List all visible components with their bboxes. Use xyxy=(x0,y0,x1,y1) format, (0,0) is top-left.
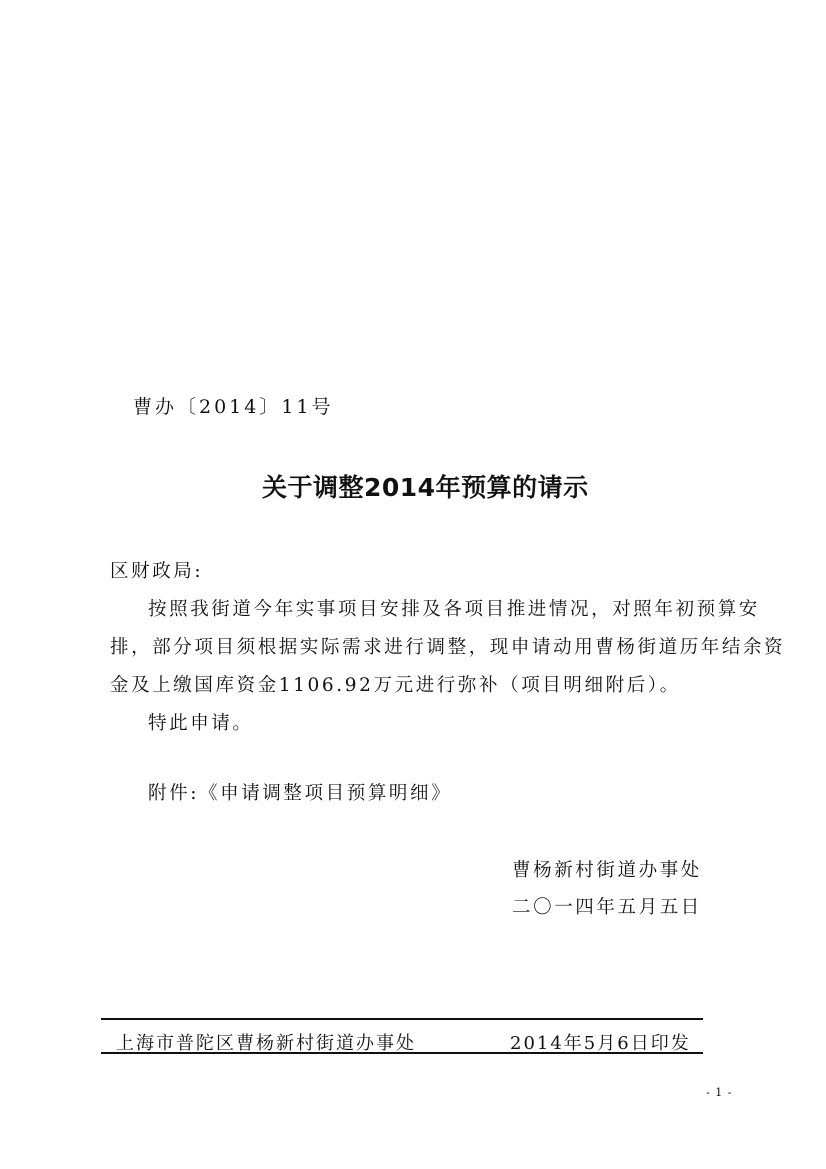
signature-organization: 曹杨新村街道办事处 xyxy=(512,856,702,882)
footer-top-rule xyxy=(101,1018,703,1020)
document-number: 曹办〔2014〕11号 xyxy=(133,392,334,419)
body-paragraph-line-3: 金及上缴国库资金1106.92万元进行弥补（项目明细附后）。 xyxy=(110,671,681,697)
body-paragraph-line-1: 按照我街道今年实事项目安排及各项目推进情况，对照年初预算安 xyxy=(148,595,760,621)
footer-bottom-rule xyxy=(101,1052,703,1054)
signature-date: 二〇一四年五月五日 xyxy=(512,893,702,919)
closing-request: 特此申请。 xyxy=(148,709,254,735)
document-title: 关于调整2014年预算的请示 xyxy=(262,468,589,504)
page-number: - 1 - xyxy=(706,1086,732,1099)
attachment-note: 附件:《申请调整项目预算明细》 xyxy=(148,779,452,805)
addressee: 区财政局: xyxy=(110,557,203,583)
body-paragraph-line-2: 排，部分项目须根据实际需求进行调整，现申请动用曹杨街道历年结余资 xyxy=(110,633,785,659)
